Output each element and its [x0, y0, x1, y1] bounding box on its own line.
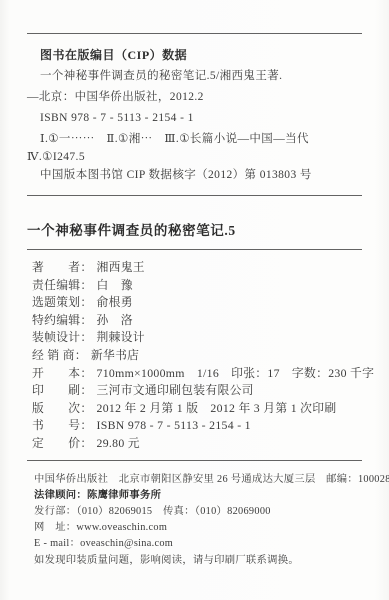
cip-section: 图书在版编目（CIP）数据 一个神秘事件调查员的秘密笔记.5/湘西鬼王著. —北…: [27, 48, 362, 182]
divider-cip: [27, 195, 362, 196]
cip-publisher-line: —北京：中国华侨出版社，2012.2: [27, 91, 362, 104]
cip-heading: 图书在版编目（CIP）数据: [27, 48, 362, 62]
credit-row-edition: 版 次：2012 年 2 月第 1 版 2012 年 3 月第 1 次印刷: [32, 400, 362, 418]
credit-row-contributing-editor: 特约编辑：孙 洛: [32, 312, 362, 330]
credit-row-format: 开 本：710mm×1000mm 1/16 印张：17 字数：230 千字: [32, 365, 362, 383]
divider-top: [27, 33, 362, 34]
divider-price: [27, 460, 362, 461]
credit-label: 定 价：: [32, 435, 93, 453]
legal-counsel-line: 法律顾问：陈鹰律师事务所: [34, 488, 362, 504]
distribution-phone-line: 发行部：（010）82069015 传真：（010）82069000: [34, 504, 362, 520]
publisher-info: 中国华侨出版社 北京市朝阳区静安里 26 号通成达大厦三层 邮编：100028 …: [27, 472, 362, 569]
credit-value: 2012 年 2 月第 1 版 2012 年 3 月第 1 次印刷: [97, 401, 337, 415]
credit-row-planner: 选题策划：俞根勇: [32, 294, 362, 312]
credit-value: 俞根勇: [97, 295, 133, 309]
credit-value: 孙 洛: [97, 313, 133, 327]
credit-row-editor: 责任编辑：白 豫: [32, 277, 362, 295]
divider-title: [27, 249, 362, 250]
credit-row-price: 定 价：29.80 元: [32, 435, 362, 453]
book-title: 一个神秘事件调查员的秘密笔记.5: [27, 223, 362, 238]
credit-value: ISBN 978 - 7 - 5113 - 2154 - 1: [97, 418, 251, 432]
credit-value: 白 豫: [97, 278, 133, 292]
credit-value: 三河市文通印刷包装有限公司: [97, 383, 254, 397]
credit-row-printer: 印 刷：三河市文通印刷包装有限公司: [32, 382, 362, 400]
credit-value: 荆棘设计: [97, 330, 145, 344]
credit-label: 装帧设计：: [32, 329, 93, 347]
copyright-page: 图书在版编目（CIP）数据 一个神秘事件调查员的秘密笔记.5/湘西鬼王著. —北…: [0, 0, 389, 600]
credit-value: 710mm×1000mm 1/16 印张：17 字数：230 千字: [97, 366, 375, 380]
credit-value: 湘西鬼王: [97, 260, 145, 274]
credit-row-author: 著 者：湘西鬼王: [32, 259, 362, 277]
cip-classification-line: Ⅰ.①一⋯⋯ Ⅱ.①湘⋯ Ⅲ.①长篇小说—中国—当代: [27, 133, 362, 146]
credit-value: 29.80 元: [97, 436, 140, 450]
cip-isbn-line: ISBN 978 - 7 - 5113 - 2154 - 1: [27, 112, 362, 125]
credit-label: 开 本：: [32, 365, 93, 383]
credit-label: 印 刷：: [32, 382, 93, 400]
credit-label: 书 号：: [32, 417, 93, 435]
quality-notice-line: 如发现印装质量问题，影响阅读，请与印刷厂联系调换。: [34, 553, 362, 569]
credit-row-distributor: 经 销 商：新华书店: [32, 347, 362, 365]
website-line: 网 址：www.oveaschin.com: [34, 520, 362, 536]
credit-label: 经 销 商：: [32, 347, 87, 365]
credit-label: 选题策划：: [32, 294, 93, 312]
cip-title-line: 一个神秘事件调查员的秘密笔记.5/湘西鬼王著.: [27, 70, 362, 83]
credit-value: 新华书店: [91, 348, 139, 362]
credit-label: 著 者：: [32, 259, 93, 277]
credit-label: 特约编辑：: [32, 312, 93, 330]
credit-label: 责任编辑：: [32, 277, 93, 295]
email-line: E - mail：oveaschin@sina.com: [34, 536, 362, 552]
credit-row-isbn: 书 号：ISBN 978 - 7 - 5113 - 2154 - 1: [32, 417, 362, 435]
cip-class-number-line: Ⅳ.①I247.5: [27, 151, 362, 164]
cip-record-number-line: 中国版本图书馆 CIP 数据核字（2012）第 013803 号: [27, 169, 362, 182]
credits-list: 著 者：湘西鬼王 责任编辑：白 豫 选题策划：俞根勇 特约编辑：孙 洛 装帧设计…: [27, 259, 362, 453]
credit-label: 版 次：: [32, 400, 93, 418]
publisher-address-line: 中国华侨出版社 北京市朝阳区静安里 26 号通成达大厦三层 邮编：100028: [34, 472, 362, 488]
credit-row-design: 装帧设计：荆棘设计: [32, 329, 362, 347]
